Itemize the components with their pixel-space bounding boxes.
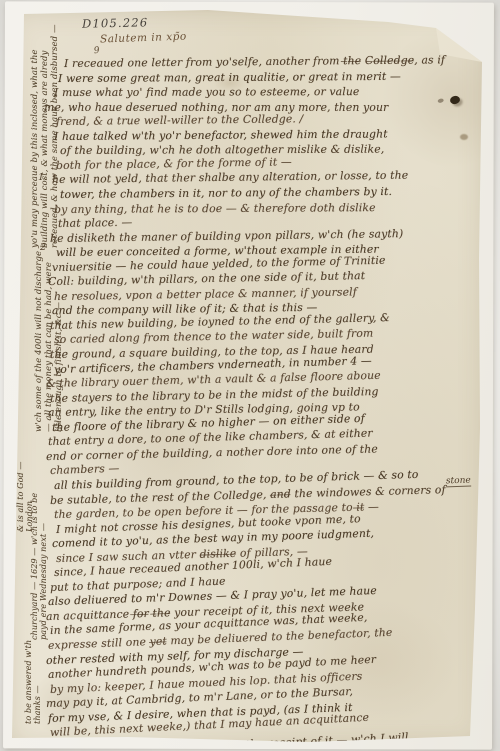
archive-reference: D105.226: [82, 15, 149, 30]
manuscript-paper: D105.226 Salutem in xp̃o 9 1. 2 I receau…: [8, 8, 486, 748]
margin-note: yo'u may perceaue by this inclosed, what…: [30, 20, 60, 248]
salutation-heading: Salutem in xp̃o: [100, 30, 187, 45]
letter-line: I muse what yo' find made you so to este…: [54, 85, 360, 99]
letter-line: I were some great man, great in qualitie…: [58, 69, 401, 84]
letter-line: me, who haue deserued nothing, nor am an…: [44, 101, 388, 114]
margin-note: w'ch some of the 400li will not discharg…: [34, 248, 64, 432]
letter-line: that place. —: [58, 216, 133, 230]
letter-line: chambers —: [50, 462, 120, 477]
letter-line: he will not yeld, that ther shalbe any a…: [52, 169, 408, 186]
photograph-background: D105.226 Salutem in xp̃o 9 1. 2 I receau…: [0, 0, 500, 751]
letter-line: both for the place, & for the forme of i…: [56, 155, 292, 172]
letter-line: I haue talked w'th yo'r benefactor, shew…: [54, 127, 388, 143]
letter-line: by any thing, that he is to doe — & ther…: [54, 201, 376, 216]
ink-blot: [449, 95, 461, 105]
flourish-mark: 9: [93, 46, 100, 57]
inserted-word: stone: [446, 476, 471, 488]
letter-line: frend, & a true well-willer to the Colle…: [56, 112, 303, 128]
letter-line: of the building, w'ch he doth altogether…: [60, 143, 384, 157]
letter-line: tower, the chambers in it, nor to any of…: [60, 185, 392, 201]
margin-note: to be answered w'th thanks —: [24, 628, 43, 724]
letter-line: I receaued one letter from yo'selfe, ano…: [64, 53, 445, 70]
margin-note: churchyard — 1629 — w'ch is to be payd e…: [30, 490, 49, 640]
ink-blot: [460, 134, 468, 140]
